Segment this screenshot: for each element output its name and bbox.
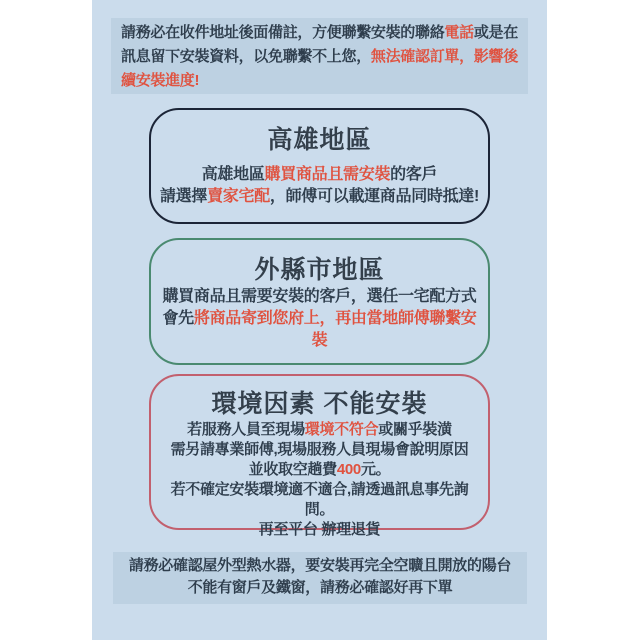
section-box-kaohsiung: 高雄地區 高雄地區購買商品且需安裝的客戶 請選擇賣家宅配，師傅可以載運商品同時抵… bbox=[149, 108, 490, 224]
section-title-environment: 環境因素 不能安裝 bbox=[212, 384, 428, 420]
text-segment: 購買商品且需要安裝的客戶，選任一宅配方式 bbox=[162, 288, 476, 305]
body-line: 購買商品且需要安裝的客戶，選任一宅配方式 bbox=[157, 286, 482, 308]
body-line: 請選擇賣家宅配，師傅可以載運商品同時抵達! bbox=[157, 186, 482, 208]
text-segment-highlight: 環境不符合 bbox=[305, 421, 379, 438]
text-segment-highlight: 賣家宅配 bbox=[207, 188, 270, 205]
text-segment: 再至平台 辦理退貨 bbox=[259, 521, 380, 538]
text-segment: 元。 bbox=[361, 461, 390, 478]
text-segment: 的客戶 bbox=[390, 166, 437, 183]
text-segment: 並收取空趟費 bbox=[249, 461, 337, 478]
bottom-notice-line: 請務必確認屋外型熱水器，要安裝再完全空曠且開放的陽台 bbox=[119, 555, 521, 577]
section-body: 高雄地區購買商品且需安裝的客戶 請選擇賣家宅配，師傅可以載運商品同時抵達! bbox=[157, 164, 482, 208]
text-segment: 高雄地區 bbox=[202, 166, 265, 183]
text-segment-highlight: 購買商品且需安裝 bbox=[265, 166, 391, 183]
bottom-notice: 請務必確認屋外型熱水器，要安裝再完全空曠且開放的陽台 不能有窗戶及鐵窗，請務必確… bbox=[113, 552, 527, 604]
body-line: 需另請專業師傅,現場服務人員現場會說明原因 bbox=[157, 440, 482, 460]
body-line: 若不確定安裝環境適不適合,請透過訊息事先詢問。 bbox=[157, 480, 482, 520]
section-body: 若服務人員至現場環境不符合或關乎裝潢 需另請專業師傅,現場服務人員現場會說明原因… bbox=[157, 420, 482, 540]
bottom-notice-line: 不能有窗戶及鐵窗，請務必確認好再下單 bbox=[119, 577, 521, 599]
top-notice: 請務必在收件地址後面備註，方便聯繫安裝的聯絡電話或是在訊息留下安裝資料，以免聯繫… bbox=[111, 18, 528, 94]
body-line: 再至平台 辦理退貨 bbox=[157, 520, 482, 540]
text-segment: ，師傅可以載運商品同時抵達! bbox=[270, 188, 479, 205]
text-segment: 請選擇 bbox=[160, 188, 207, 205]
text-segment: 需另請專業師傅,現場服務人員現場會說明原因 bbox=[171, 441, 469, 458]
section-body: 購買商品且需要安裝的客戶，選任一宅配方式 會先將商品寄到您府上，再由當地師傅聯繫… bbox=[157, 286, 482, 352]
section-title-other-counties: 外縣市地區 bbox=[254, 250, 384, 286]
text-segment: 若不確定安裝環境適不適合,請透過訊息事先詢問。 bbox=[171, 481, 469, 518]
section-title-kaohsiung: 高雄地區 bbox=[267, 120, 371, 156]
text-segment-highlight: 將商品寄到您府上，再由當地師傅聯繫安裝 bbox=[194, 310, 477, 349]
notice-text-segment-highlight: 電話 bbox=[444, 24, 473, 41]
text-segment: 或關乎裝潢 bbox=[378, 421, 452, 438]
text-segment: 會先 bbox=[162, 310, 193, 327]
body-line: 高雄地區購買商品且需安裝的客戶 bbox=[157, 164, 482, 186]
body-line: 並收取空趟費400元。 bbox=[157, 460, 482, 480]
section-box-environment: 環境因素 不能安裝 若服務人員至現場環境不符合或關乎裝潢 需另請專業師傅,現場服… bbox=[149, 374, 490, 530]
notice-text-segment: 請務必在收件地址後面備註，方便聯繫安裝的聯絡 bbox=[121, 24, 444, 41]
text-segment: 若服務人員至現場 bbox=[187, 421, 305, 438]
section-box-other-counties: 外縣市地區 購買商品且需要安裝的客戶，選任一宅配方式 會先將商品寄到您府上，再由… bbox=[149, 238, 490, 365]
body-line: 會先將商品寄到您府上，再由當地師傅聯繫安裝 bbox=[157, 308, 482, 352]
text-segment-highlight: 400 bbox=[337, 461, 361, 478]
body-line: 若服務人員至現場環境不符合或關乎裝潢 bbox=[157, 420, 482, 440]
